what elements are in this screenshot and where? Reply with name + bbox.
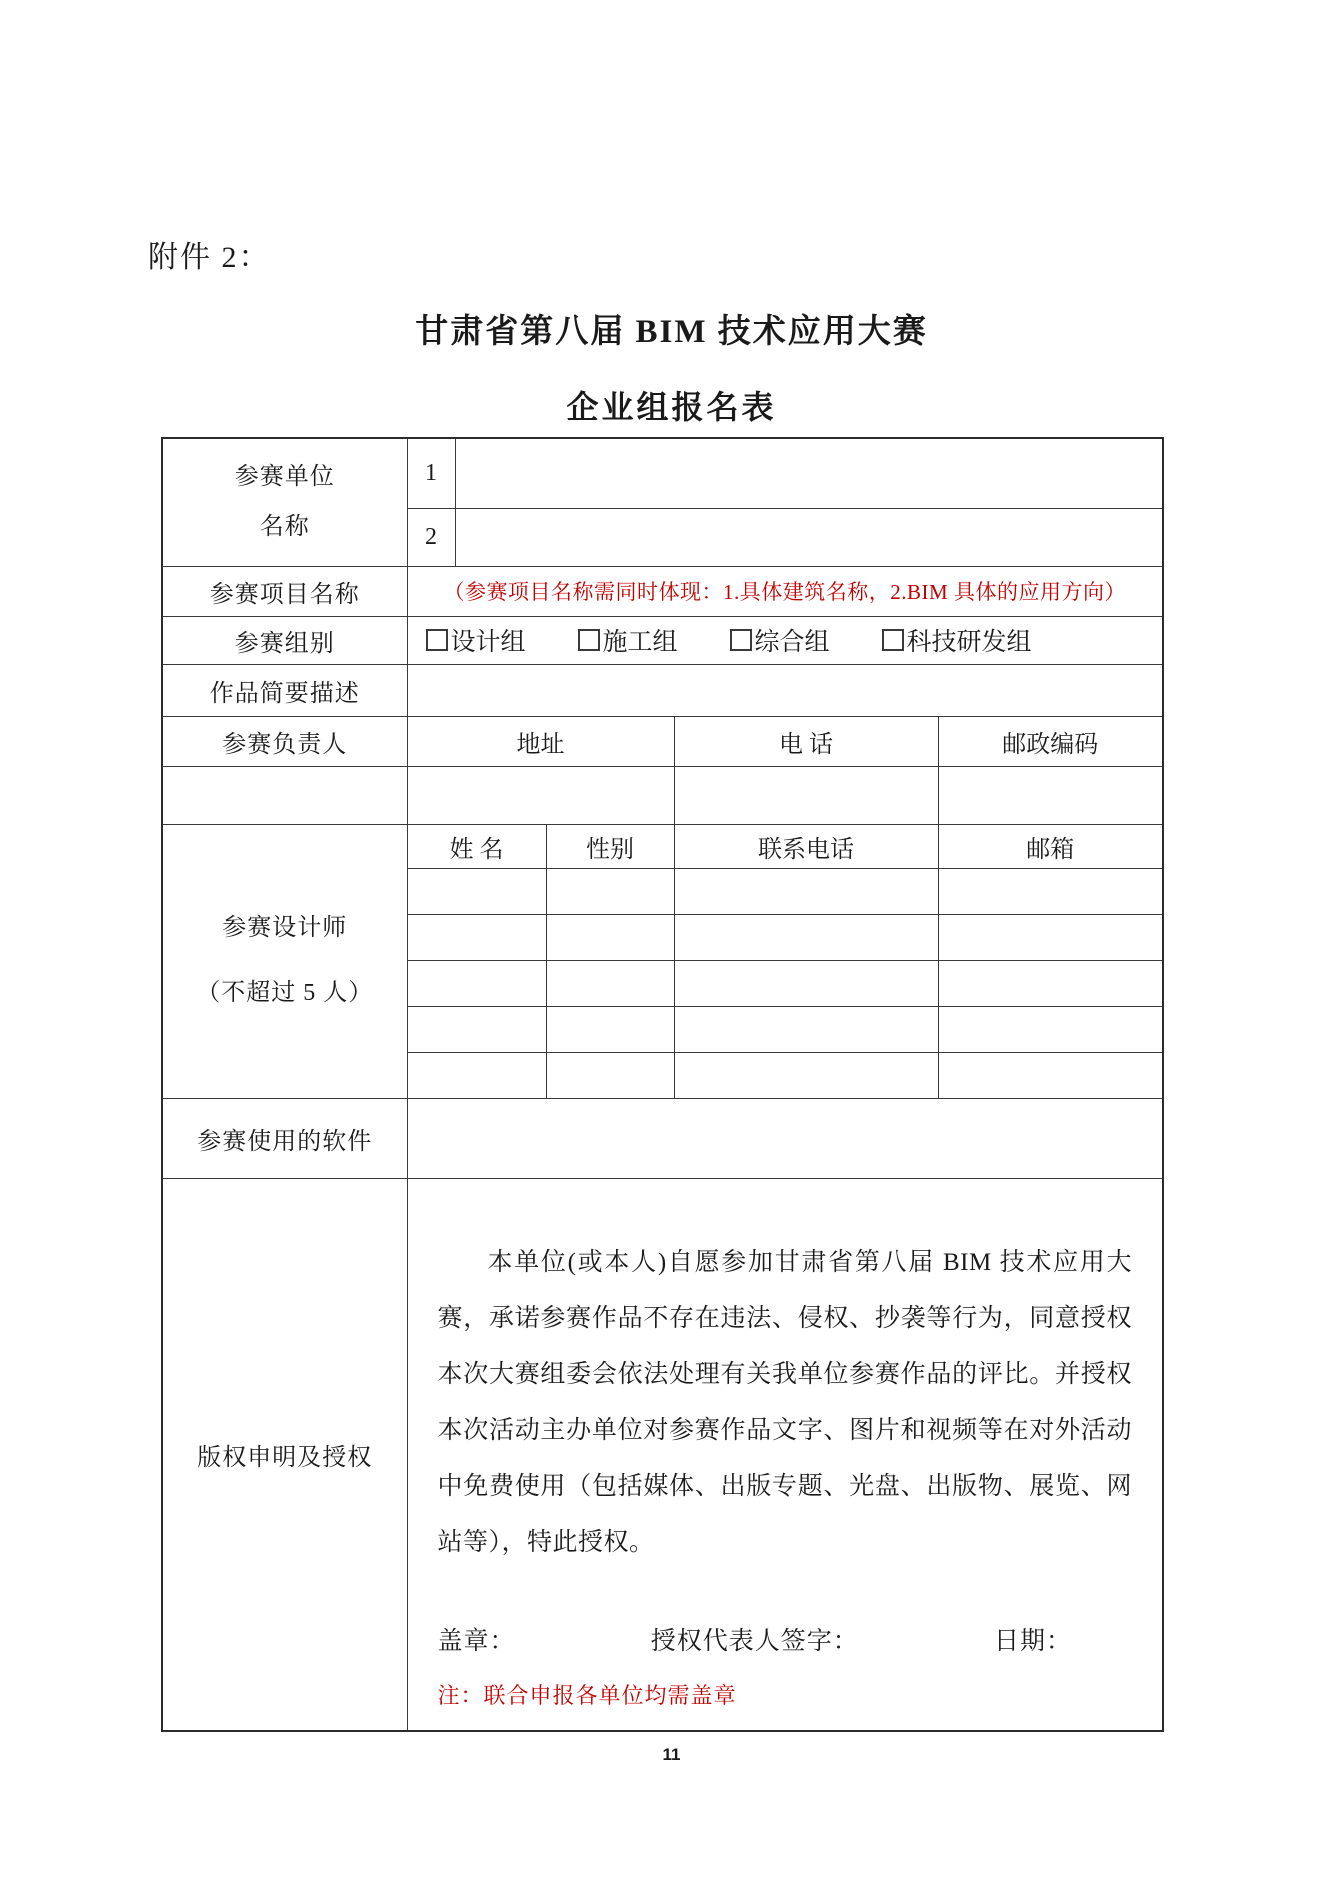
category-label: 参赛组别 xyxy=(162,616,407,664)
designer-4-gender-input[interactable] xyxy=(546,1006,674,1052)
checkbox-label-comprehensive: 综合组 xyxy=(755,622,830,658)
copyright-paragraph: 本单位(或本人)自愿参加甘肃省第八届 BIM 技术应用大赛，承诺参赛作品不存在违… xyxy=(438,1235,1133,1571)
designer-5-name-input[interactable] xyxy=(407,1052,546,1098)
category-option-construction[interactable]: 施工组 xyxy=(578,622,678,658)
designer-1-email-input[interactable] xyxy=(938,868,1163,914)
designer-2-name-input[interactable] xyxy=(407,914,546,960)
leader-phone-input[interactable] xyxy=(674,766,938,824)
leader-col-phone: 电 话 xyxy=(674,716,938,766)
seal-label: 盖章： xyxy=(438,1621,516,1657)
designers-col-name: 姓 名 xyxy=(407,824,546,868)
unit-name-label: 参赛单位 名称 xyxy=(162,438,407,566)
document-title: 甘肃省第八届 BIM 技术应用大赛 xyxy=(0,305,1343,352)
copyright-content: 本单位(或本人)自愿参加甘肃省第八届 BIM 技术应用大赛，承诺参赛作品不存在违… xyxy=(407,1178,1163,1731)
designer-1-gender-input[interactable] xyxy=(546,868,674,914)
description-input[interactable] xyxy=(407,664,1163,716)
date-label: 日期： xyxy=(994,1621,1072,1657)
leader-name-input[interactable] xyxy=(162,766,407,824)
project-name-label: 参赛项目名称 xyxy=(162,566,407,616)
category-option-design[interactable]: 设计组 xyxy=(426,622,526,658)
page-number: 11 xyxy=(0,1745,1343,1765)
designer-2-gender-input[interactable] xyxy=(546,914,674,960)
unit-name-label-line1: 参赛单位 xyxy=(171,464,399,490)
attachment-label: 附件 2： xyxy=(148,232,271,276)
unit-name-row1-input[interactable] xyxy=(455,438,1163,508)
designer-1-name-input[interactable] xyxy=(407,868,546,914)
leader-address-input[interactable] xyxy=(407,766,674,824)
designer-5-phone-input[interactable] xyxy=(674,1052,938,1098)
seal-note: 注：联合申报各单位均需盖章 xyxy=(438,1679,1133,1710)
designers-col-email: 邮箱 xyxy=(938,824,1163,868)
designers-label: 参赛设计师 （不超过 5 人） xyxy=(162,824,407,1098)
description-label: 作品简要描述 xyxy=(162,664,407,716)
checkbox-rnd-group[interactable] xyxy=(882,629,904,651)
checkbox-label-rnd: 科技研发组 xyxy=(907,622,1032,658)
designer-3-name-input[interactable] xyxy=(407,960,546,1006)
leader-postcode-input[interactable] xyxy=(938,766,1163,824)
category-options: 设计组 施工组 综合组 科技研发组 xyxy=(407,616,1163,664)
unit-name-row2-input[interactable] xyxy=(455,508,1163,566)
leader-label: 参赛负责人 xyxy=(162,716,407,766)
designer-5-gender-input[interactable] xyxy=(546,1052,674,1098)
designers-col-gender: 性别 xyxy=(546,824,674,868)
unit-name-label-line2: 名称 xyxy=(171,514,399,540)
checkbox-label-construction: 施工组 xyxy=(603,622,678,658)
document-page: 附件 2： 甘肃省第八届 BIM 技术应用大赛 企业组报名表 参赛单位 名称 1… xyxy=(0,0,1343,1900)
designer-3-phone-input[interactable] xyxy=(674,960,938,1006)
signature-label: 授权代表人签字： xyxy=(651,1621,859,1657)
software-label: 参赛使用的软件 xyxy=(162,1098,407,1178)
designer-3-gender-input[interactable] xyxy=(546,960,674,1006)
designer-1-phone-input[interactable] xyxy=(674,868,938,914)
checkbox-construction-group[interactable] xyxy=(578,629,600,651)
copyright-label: 版权申明及授权 xyxy=(162,1178,407,1731)
designer-2-email-input[interactable] xyxy=(938,914,1163,960)
registration-form-table: 参赛单位 名称 1 2 参赛项目名称 （参赛项目名称需同时体现：1.具体建筑名称… xyxy=(161,437,1164,1732)
project-name-note[interactable]: （参赛项目名称需同时体现：1.具体建筑名称，2.BIM 具体的应用方向） xyxy=(407,566,1163,616)
leader-col-postcode: 邮政编码 xyxy=(938,716,1163,766)
document-subtitle: 企业组报名表 xyxy=(0,382,1343,428)
designer-2-phone-input[interactable] xyxy=(674,914,938,960)
software-input[interactable] xyxy=(407,1098,1163,1178)
designers-label-line2: （不超过 5 人） xyxy=(171,980,399,1006)
designer-4-email-input[interactable] xyxy=(938,1006,1163,1052)
designers-col-phone: 联系电话 xyxy=(674,824,938,868)
seal-signature-row: 盖章： 授权代表人签字： 日期： xyxy=(438,1621,1133,1657)
checkbox-design-group[interactable] xyxy=(426,629,448,651)
category-option-comprehensive[interactable]: 综合组 xyxy=(730,622,830,658)
designer-5-email-input[interactable] xyxy=(938,1052,1163,1098)
designer-3-email-input[interactable] xyxy=(938,960,1163,1006)
checkbox-label-design: 设计组 xyxy=(451,622,526,658)
unit-name-row1-index: 1 xyxy=(407,438,455,508)
unit-name-row2-index: 2 xyxy=(407,508,455,566)
designer-4-name-input[interactable] xyxy=(407,1006,546,1052)
leader-col-address: 地址 xyxy=(407,716,674,766)
checkbox-comprehensive-group[interactable] xyxy=(730,629,752,651)
category-option-rnd[interactable]: 科技研发组 xyxy=(882,622,1032,658)
designer-4-phone-input[interactable] xyxy=(674,1006,938,1052)
designers-label-line1: 参赛设计师 xyxy=(171,915,399,941)
